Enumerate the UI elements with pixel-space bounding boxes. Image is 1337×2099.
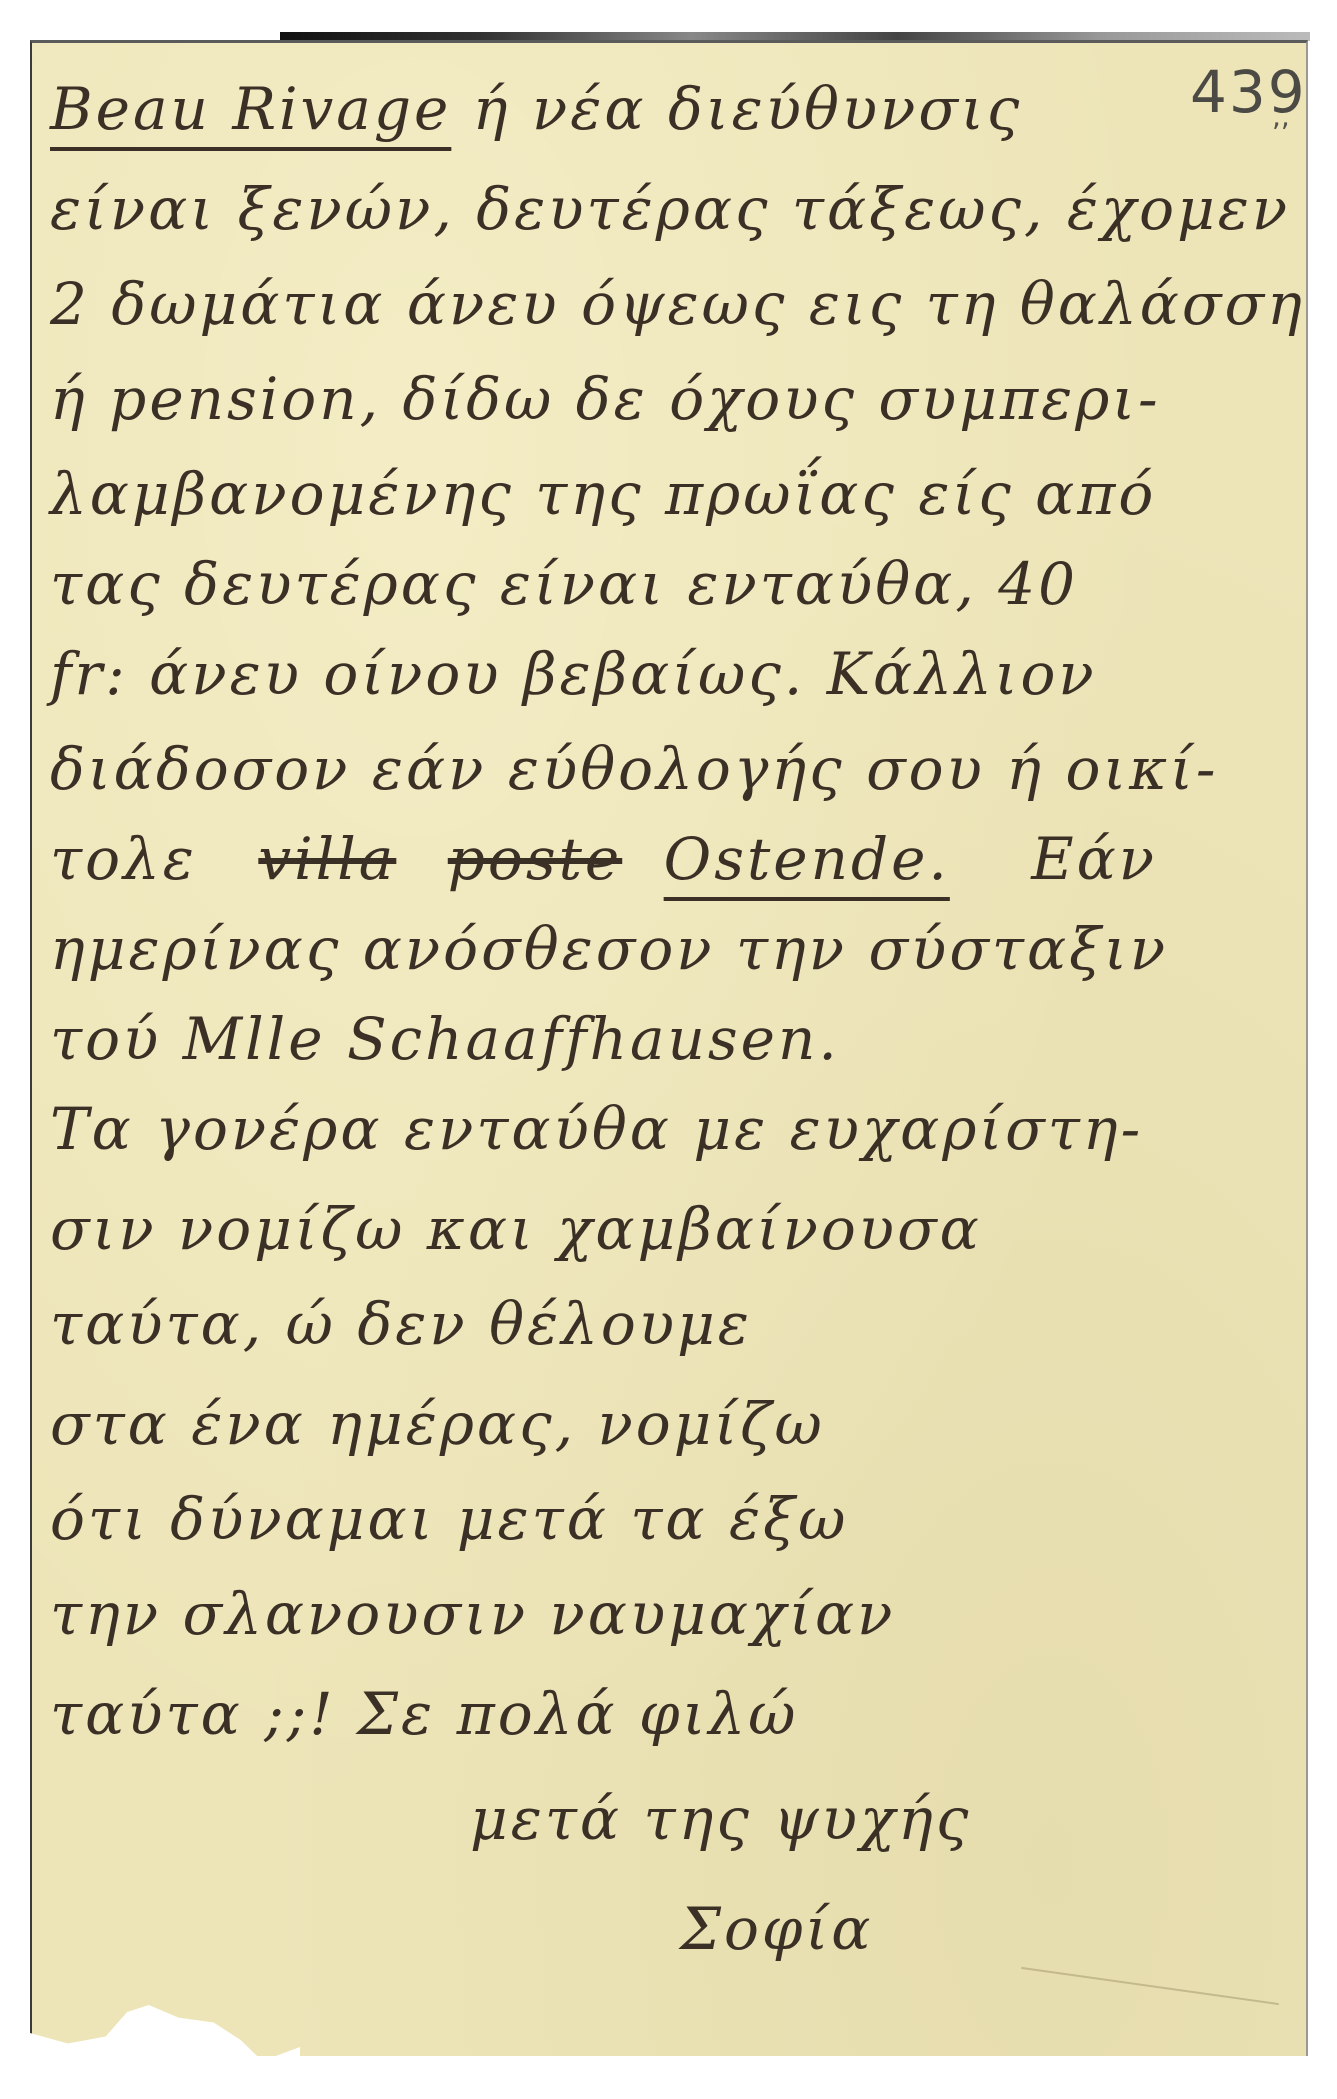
letter-line-1: Beau Rivage ή νέα διεύθυνσις xyxy=(50,80,1022,138)
line-text: τολε xyxy=(50,825,197,893)
letter-line-14: ταύτα, ώ δεν θέλουμε xyxy=(50,1295,752,1353)
line-text: ή νέα διεύθυνσις xyxy=(473,75,1022,143)
letter-line-16: ότι δύναμαι μετά τα έξω xyxy=(50,1490,848,1548)
letter-line-2: είναι ξενών, δευτέρας τάξεως, έχομεν xyxy=(50,180,1290,238)
letter-line-15: στα ένα ημέρας, νομίζω xyxy=(50,1395,825,1453)
underlined-heading: Beau Rivage xyxy=(50,75,451,143)
closing-line: μετά της ψυχής xyxy=(470,1790,971,1848)
signature: Σοφία xyxy=(680,1900,873,1958)
letter-line-10: ημερίνας ανόσθεσον την σύσταξιν xyxy=(50,920,1168,978)
letter-line-13: σιν νομίζω και χαμβαίνουσα xyxy=(50,1200,982,1258)
letter-line-11: τού Mlle Schaaffhausen. xyxy=(50,1010,840,1068)
struck-word-villa: villa xyxy=(258,825,396,893)
letter-line-7: fr: άνευ οίνου βεβαίως. Κάλλιον xyxy=(50,645,1097,703)
letter-line-12: Τα γονέρα ενταύθα με ευχαρίστη- xyxy=(50,1100,1143,1158)
letter-line-8: διάδοσον εάν εύθολογής σου ή οικί- xyxy=(50,740,1219,798)
letter-line-6: τας δευτέρας είναι ενταύθα, 40 xyxy=(50,555,1078,613)
letter-line-18: ταύτα ;;! Σε πολά φιλώ xyxy=(50,1685,798,1743)
page-number-suffix: ,, xyxy=(1272,100,1290,133)
letter-line-17: την σλανουσιν ναυμαχίαν xyxy=(50,1585,895,1643)
struck-word-poste: poste xyxy=(448,825,622,893)
letter-line-5: λαμβανομένης της πρωΐας είς από xyxy=(50,465,1156,523)
letter-line-9: τολε villa poste Ostende. Εάν xyxy=(50,830,1157,888)
letter-line-4: ή pension, δίδω δε όχους συμπερι- xyxy=(50,370,1161,428)
underlined-ostende: Ostende. xyxy=(664,825,950,893)
letter-line-3: 2 δωμάτια άνευ όψεως εις τη θαλάσση xyxy=(50,275,1305,333)
line-tail: Εάν xyxy=(1031,825,1157,893)
